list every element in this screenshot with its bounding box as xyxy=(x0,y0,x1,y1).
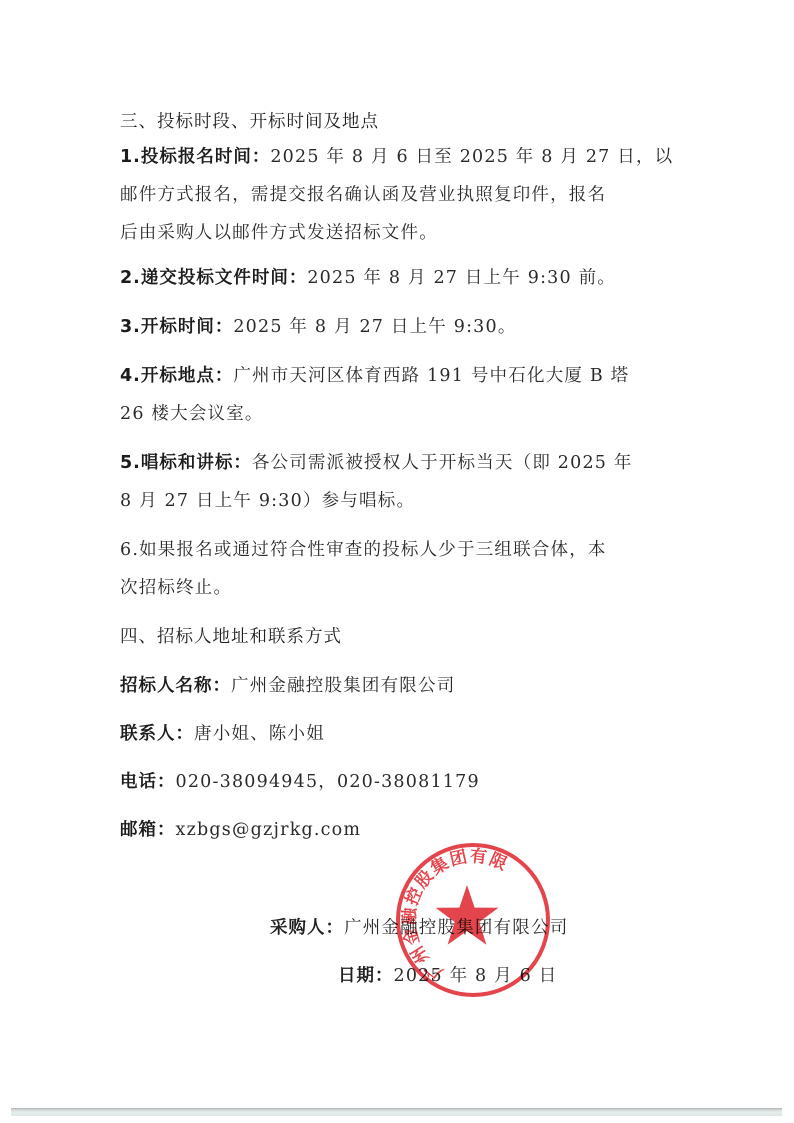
item1-line2: 邮件方式报名，需提交报名确认函及营业执照复印件，报名 xyxy=(120,183,606,207)
item5-line2: 8 月 27 日上午 9:30）参与唱标。 xyxy=(120,489,415,513)
phone-label: 电话： xyxy=(120,772,176,792)
item1-text: 2025 年 8 月 6 日至 2025 年 8 月 27 日，以 xyxy=(270,147,673,167)
item4-line1: 4.开标地点：广州市天河区体育西路 191 号中石化大厦 B 塔 xyxy=(120,364,629,388)
section3-heading: 三、投标时段、开标时间及地点 xyxy=(120,110,379,134)
item4-text: 广州市天河区体育西路 191 号中石化大厦 B 塔 xyxy=(233,366,629,386)
item3-text: 2025 年 8 月 27 日上午 9:30。 xyxy=(233,317,516,337)
item2: 2.递交投标文件时间：2025 年 8 月 27 日上午 9:30 前。 xyxy=(120,266,616,290)
phone: 电话：020-38094945，020-38081179 xyxy=(120,770,480,794)
document-page: 三、投标时段、开标时间及地点 1.投标报名时间：2025 年 8 月 6 日至 … xyxy=(0,0,794,1123)
contact-value: 唐小姐、陈小姐 xyxy=(194,724,325,744)
item1-line3: 后由采购人以邮件方式发送招标文件。 xyxy=(120,221,438,245)
date-label: 日期： xyxy=(338,966,394,986)
company-seal: 广州金融控股集团有限公司 xyxy=(393,840,553,1000)
contact-person: 联系人：唐小姐、陈小姐 xyxy=(120,722,325,746)
star-icon xyxy=(436,885,499,945)
section4-heading: 四、招标人地址和联系方式 xyxy=(120,625,342,649)
item3-label: 3.开标时间： xyxy=(120,317,233,337)
item4-line2: 26 楼大会议室。 xyxy=(120,402,264,426)
item5-text: 各公司需派被授权人于开标当天（即 2025 年 xyxy=(252,453,633,473)
purchaser-label: 采购人： xyxy=(270,918,344,938)
item1-label: 1.投标报名时间： xyxy=(120,147,270,167)
tenderer-name-label: 招标人名称： xyxy=(120,676,231,696)
email-value: xzbgs@gzjrkg.com xyxy=(176,820,362,840)
item3: 3.开标时间：2025 年 8 月 27 日上午 9:30。 xyxy=(120,315,517,339)
item2-label: 2.递交投标文件时间： xyxy=(120,268,307,288)
item5-label: 5.唱标和讲标： xyxy=(120,453,252,473)
tenderer-name-value: 广州金融控股集团有限公司 xyxy=(231,676,455,696)
item5-line1: 5.唱标和讲标：各公司需派被授权人于开标当天（即 2025 年 xyxy=(120,451,633,475)
contact-label: 联系人： xyxy=(120,724,194,744)
item4-label: 4.开标地点： xyxy=(120,366,233,386)
scan-edge xyxy=(11,1108,782,1116)
email-label: 邮箱： xyxy=(120,820,176,840)
item1-line1: 1.投标报名时间：2025 年 8 月 6 日至 2025 年 8 月 27 日… xyxy=(120,145,673,169)
item2-text: 2025 年 8 月 27 日上午 9:30 前。 xyxy=(307,268,616,288)
phone-value: 020-38094945，020-38081179 xyxy=(176,772,480,792)
email: 邮箱：xzbgs@gzjrkg.com xyxy=(120,818,361,842)
item6-line2: 次招标终止。 xyxy=(120,576,232,600)
item6-line1: 6.如果报名或通过符合性审查的投标人少于三组联合体，本 xyxy=(120,538,607,562)
tenderer-name: 招标人名称：广州金融控股集团有限公司 xyxy=(120,674,455,698)
